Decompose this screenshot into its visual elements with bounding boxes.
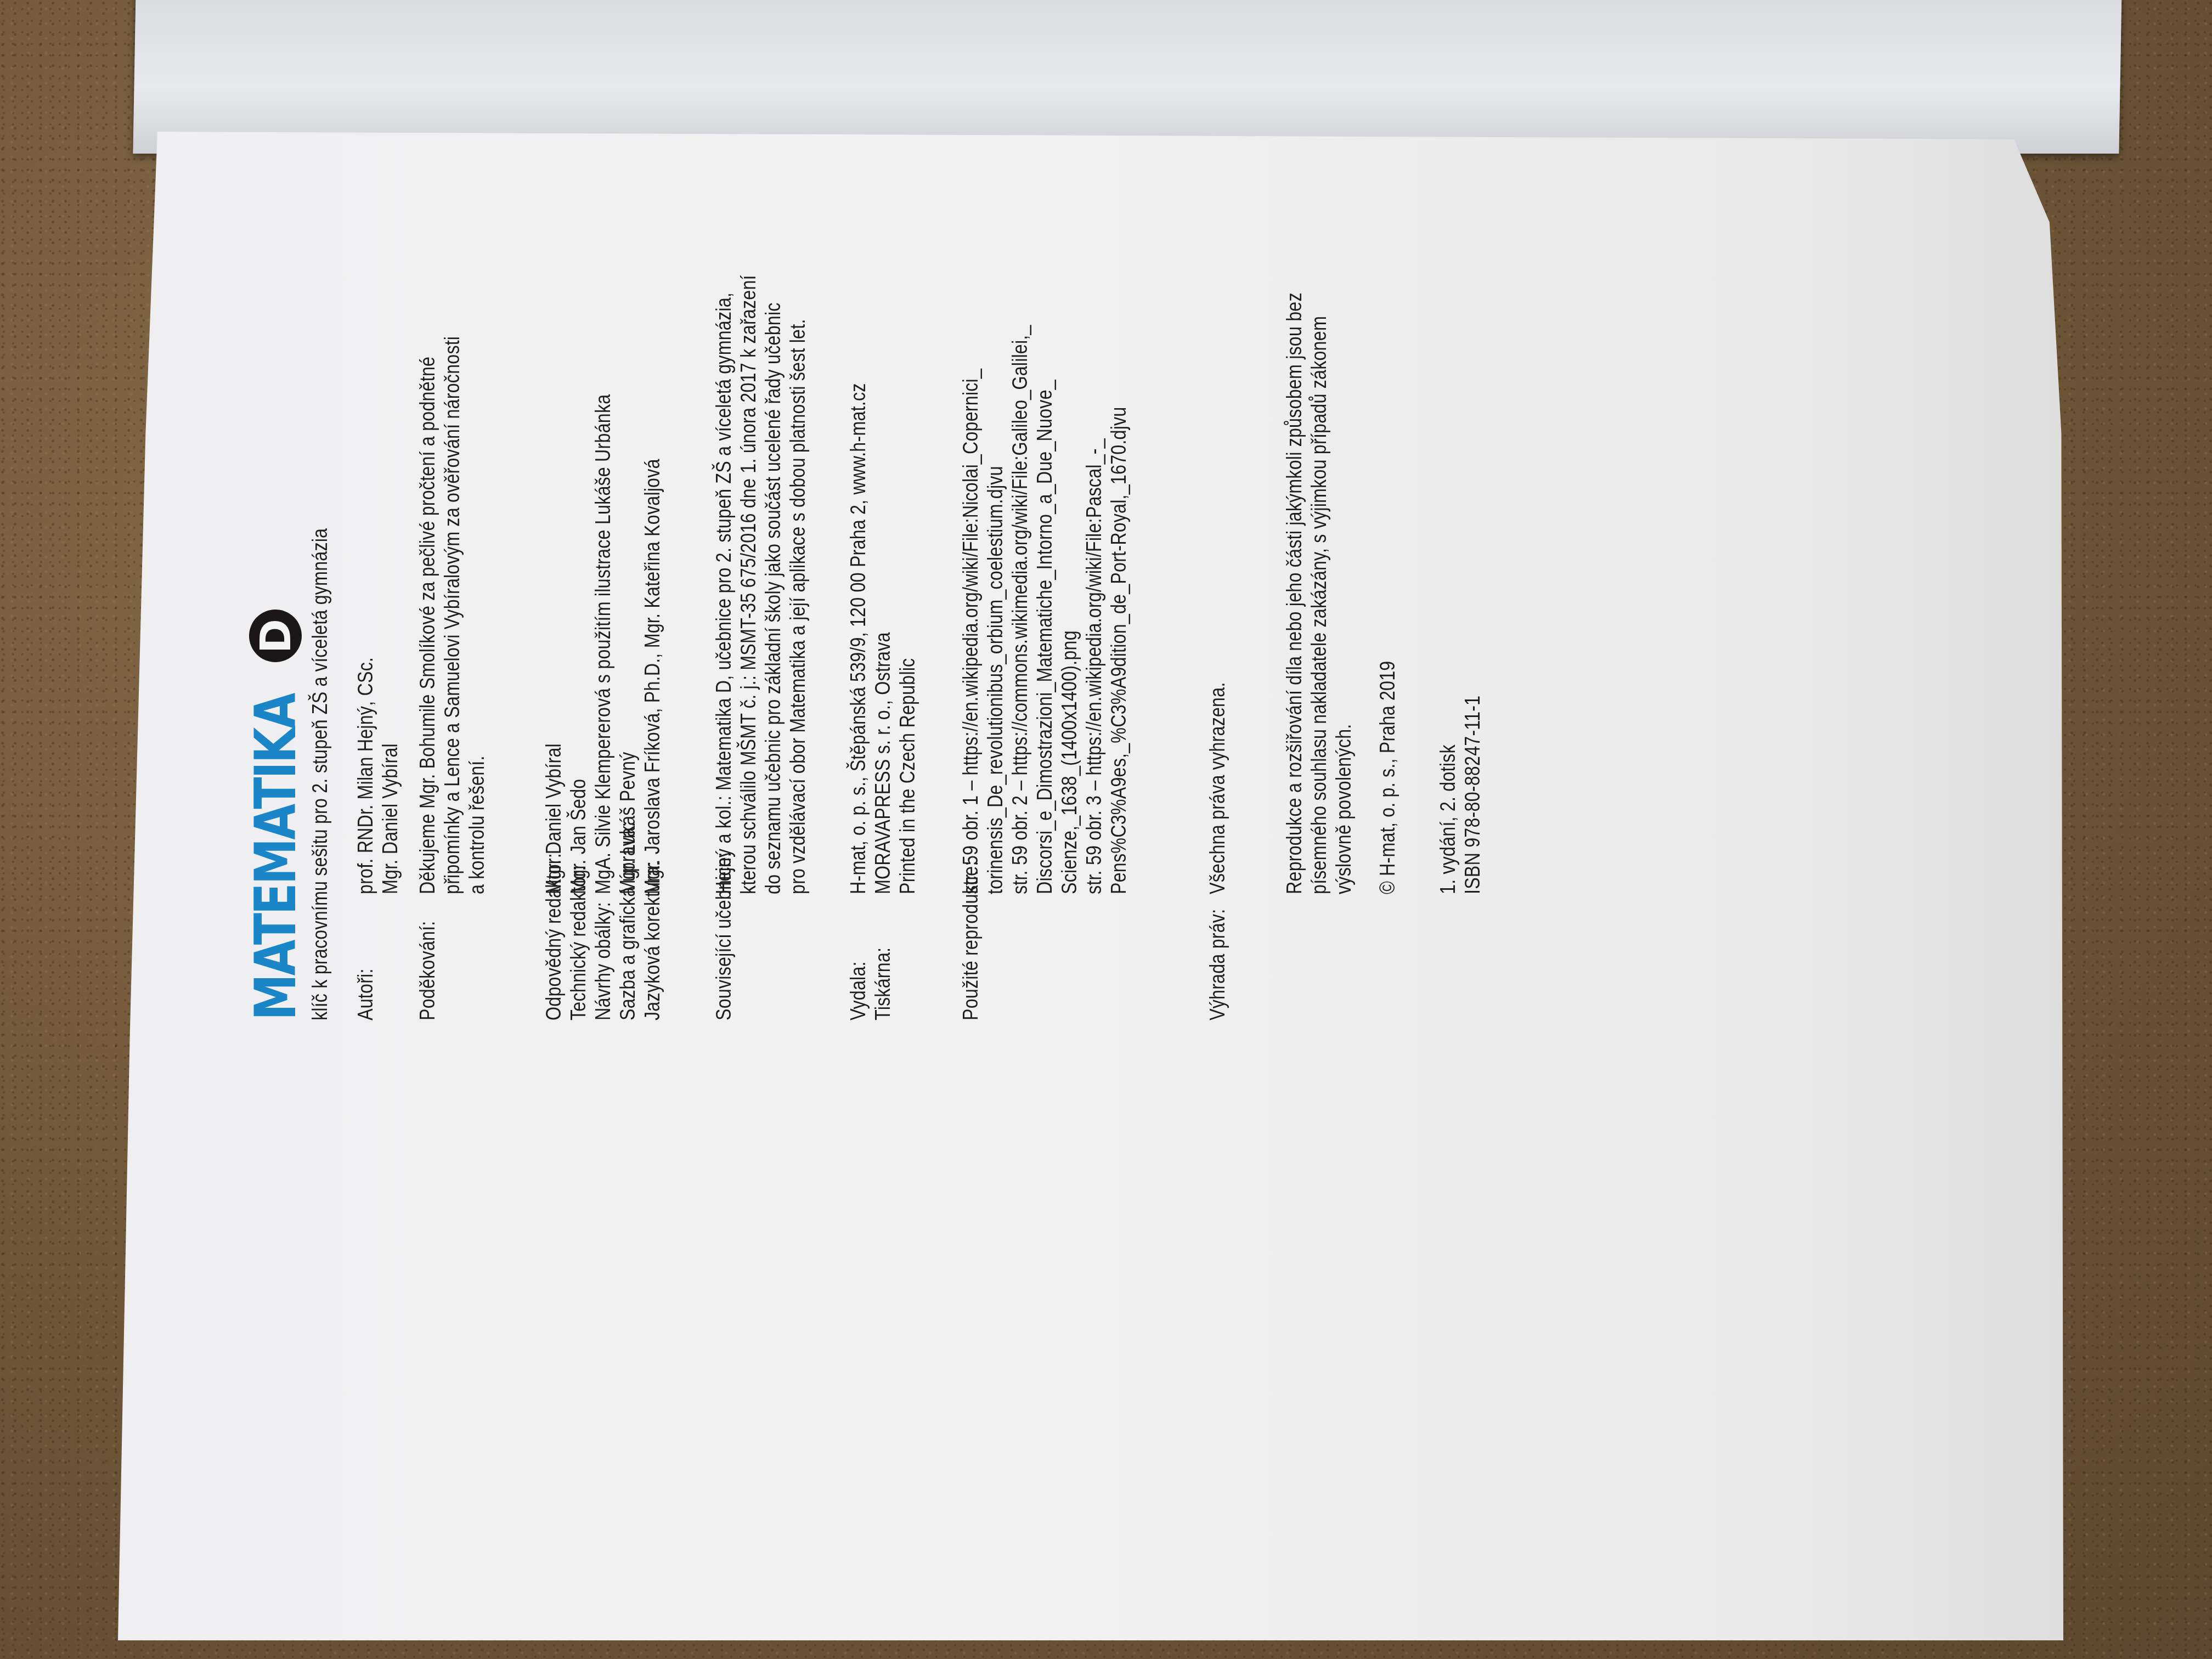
printed-in: Printed in the Czech Republic — [896, 658, 921, 894]
d-badge-icon: D — [249, 610, 302, 662]
reproduction-line: str. 59 obr. 3 – https://en.wikipedia.or… — [1082, 438, 1107, 894]
edition-info: 1. vydání, 2. dotisk — [1436, 744, 1461, 894]
acknowledgement-line: Děkujeme Mgr. Bohumile Smolíkové za pečl… — [416, 357, 441, 894]
rights-value: Všechna práva vyhrazena. — [1206, 682, 1231, 894]
imprint-content: MATEMATIKA D klíč k pracovnímu sešitu pr… — [241, 33, 1503, 1020]
reproduction-line: torinensis_De_revolutionibus_orbium_coel… — [984, 466, 1008, 894]
related-textbook-line: Hejný a kol.: Matematika D, učebnice pro… — [712, 292, 737, 894]
reproduction-line: Scienze,_1638_(1400x1400).png — [1058, 630, 1082, 894]
reproduction-line: Discorsi_e_Dimostrazioni_Matematiche_Int… — [1033, 380, 1058, 894]
related-textbook-line: kterou schválilo MŠMT č. j.: MSMT-35 675… — [737, 275, 761, 894]
acknowledgement-line: a kontrolu řešení. — [465, 755, 490, 894]
isbn: ISBN 978-80-88247-11-1 — [1461, 696, 1486, 894]
credit-value: Mgr. Daniel Vybíral — [542, 743, 567, 894]
publisher-value: H-mat, o. p. s., Štěpánská 539/9, 120 00… — [847, 383, 871, 894]
rights-line: výslovně povolených. — [1332, 724, 1357, 894]
reproduction-line: Pens%C3%A9es,_%C3%A9dition_de_Port-Royal… — [1107, 407, 1132, 894]
credit-value: Mgr. Lukáš Pevný — [616, 752, 641, 894]
author-1: prof. RNDr. Milan Hejný, CSc. — [354, 657, 379, 894]
credit-label: Návrhy obálky: — [591, 902, 616, 1020]
printer-value: MORAVAPRESS s. r. o., Ostrava — [871, 632, 896, 894]
related-textbook-line: pro vzdělávací obor Matematika a její ap… — [786, 319, 811, 894]
book-subtitle: klíč k pracovnímu sešitu pro 2. stupeň Z… — [308, 528, 333, 1020]
copyright-notice: © H-mat, o. p. s., Praha 2019 — [1376, 661, 1401, 894]
author-2: Mgr. Daniel Vybíral — [379, 743, 403, 894]
book-title-block: MATEMATIKA D — [247, 610, 304, 1020]
rights-line: Reprodukce a rozšiřování díla nebo jeho … — [1283, 292, 1307, 894]
reproduction-line: str. 59 obr. 2 – https://commons.wikimed… — [1008, 325, 1033, 894]
rights-label: Výhrada práv: — [1206, 909, 1231, 1020]
authors-label: Autoři: — [354, 968, 379, 1020]
book-title: MATEMATIKA — [247, 695, 304, 1020]
reproduction-line: str. 59 obr. 1 – https://en.wikipedia.or… — [959, 369, 984, 894]
acknowledgement-line: připomínky a Lence a Samuelovi Vybíralov… — [441, 336, 465, 894]
credit-value: Mgr. Jaroslava Fríková, Ph.D., Mgr. Kate… — [641, 459, 665, 894]
credit-value: MgA. Silvie Klempererová s použitím ilus… — [591, 394, 616, 894]
credit-value: Mgr. Jan Šedo — [567, 779, 591, 894]
printer-label: Tiskárna: — [871, 947, 896, 1020]
acknowledgements-label: Poděkování: — [416, 921, 441, 1020]
related-textbook-line: do seznamu učebnic pro základní školy ja… — [761, 302, 786, 894]
publisher-label: Vydala: — [847, 961, 871, 1020]
rights-line: písemného souhlasu nakladatele zakázány,… — [1307, 316, 1332, 894]
